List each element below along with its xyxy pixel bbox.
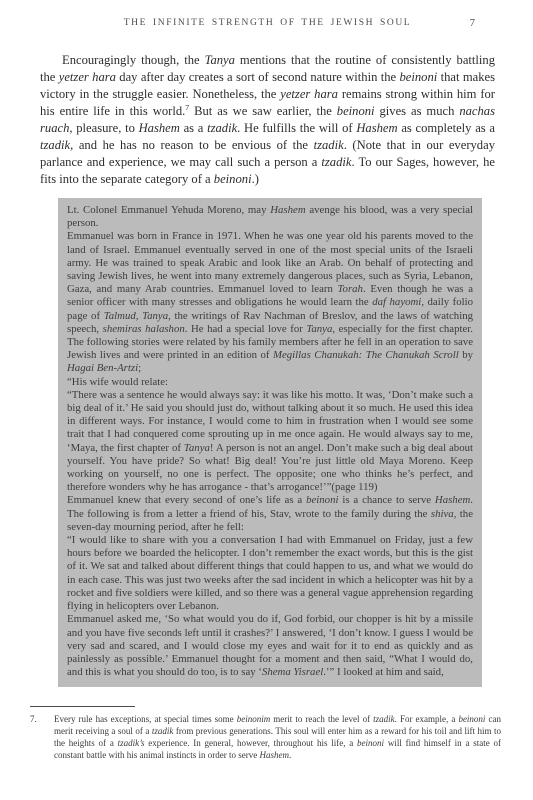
footnote-number: 7. [30, 713, 54, 725]
quote-paragraph: Emmanuel was born in France in 1971. Whe… [67, 230, 473, 375]
quote-paragraph: Lt. Colonel Emmanuel Yehuda Moreno, may … [67, 204, 473, 230]
footnote-area: 7. Every rule has exceptions, at special… [30, 706, 501, 761]
quote-paragraph: “There was a sentence he would always sa… [67, 389, 473, 495]
page-body: Encouragingly though, the Tanya mentions… [40, 52, 495, 687]
footnote-separator [30, 706, 135, 707]
quote-paragraph: Emmanuel asked me, ‘So what would you do… [67, 613, 473, 679]
footnote-text: Every rule has exceptions, at special ti… [54, 713, 501, 761]
running-head-title: THE INFINITE STRENGTH OF THE JEWISH SOUL [40, 18, 495, 28]
page-number: 7 [470, 18, 475, 29]
quote-paragraph: “His wife would relate: [67, 376, 473, 389]
story-quote-block: Lt. Colonel Emmanuel Yehuda Moreno, may … [58, 198, 482, 687]
quote-paragraph: “I would like to share with you a conver… [67, 534, 473, 613]
book-page: THE INFINITE STRENGTH OF THE JEWISH SOUL… [0, 0, 533, 800]
page-header: THE INFINITE STRENGTH OF THE JEWISH SOUL… [40, 18, 495, 32]
footnote: 7. Every rule has exceptions, at special… [30, 713, 501, 761]
quote-paragraph: Emmanuel knew that every second of one’s… [67, 494, 473, 534]
body-paragraph: Encouragingly though, the Tanya mentions… [40, 52, 495, 188]
